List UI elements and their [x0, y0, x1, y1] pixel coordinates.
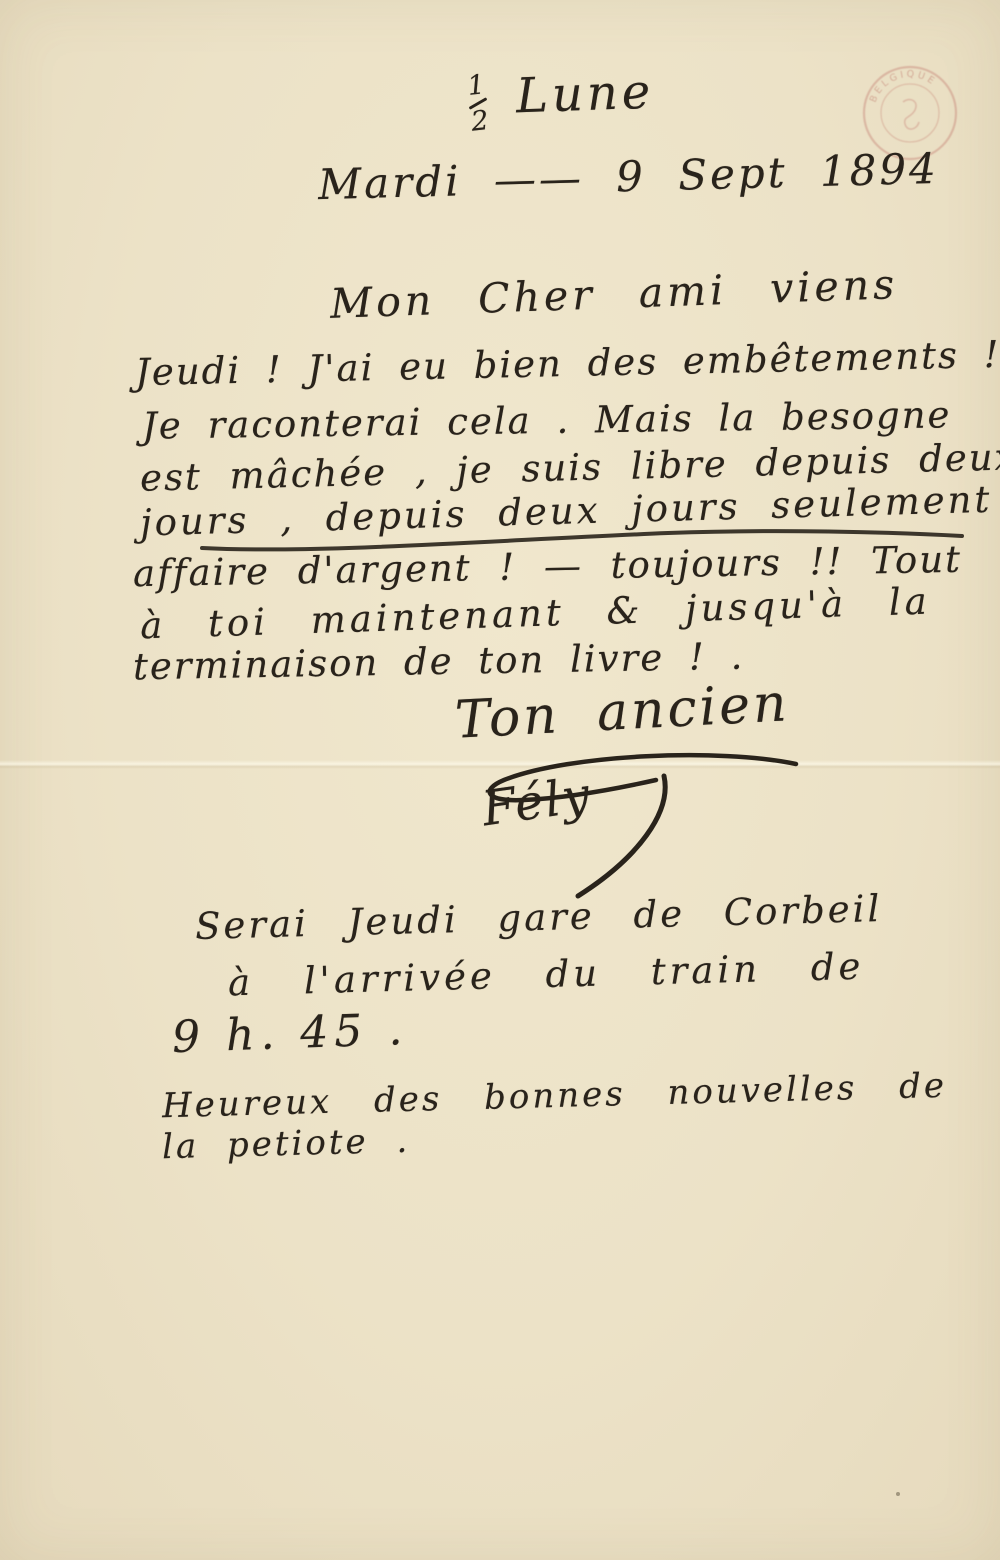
postscript-line: Heureux des bonnes nouvelles de: [162, 1066, 948, 1127]
letter-sheet: 1 2 Lune BELGIQUE Mardi —— 9 Sept 1894 M…: [0, 0, 1000, 1560]
signature-flourish-stroke: [420, 740, 810, 910]
paper-speck: [896, 1492, 900, 1496]
fraction-denominator: 2: [470, 105, 490, 138]
heading-word: Lune: [515, 64, 655, 125]
postscript-line: à l'arrivée du train de: [228, 945, 865, 1005]
svg-text:BELGIQUE: BELGIQUE: [868, 69, 939, 104]
postscript-line: la petiote .: [162, 1121, 411, 1167]
body-line: Jeudi ! J'ai eu bien des embêtements !: [135, 333, 1000, 394]
postscript-line: 9 h. 45 .: [171, 1004, 409, 1063]
postscript-line: Serai Jeudi gare de Corbeil: [195, 887, 883, 948]
salutation-line: Mon Cher ami viens: [329, 260, 899, 328]
signature-block: Fély: [420, 740, 810, 910]
stamp-center-monogram: [903, 100, 919, 130]
date-line: Mardi —— 9 Sept 1894: [317, 144, 939, 209]
stamp-arc-text: BELGIQUE: [868, 69, 939, 104]
fraction-numerator: 1: [466, 69, 486, 102]
heading-fraction: 1 2: [465, 69, 492, 138]
